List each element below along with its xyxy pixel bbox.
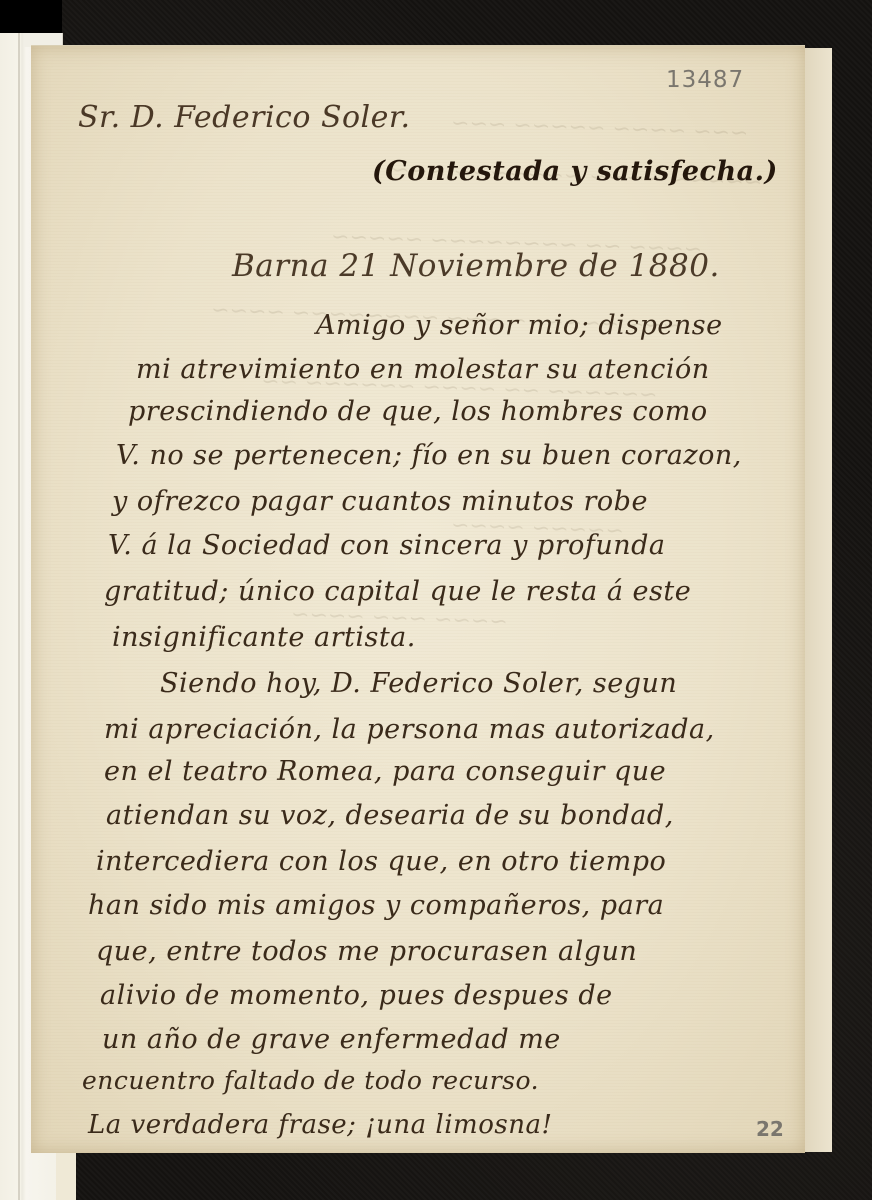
- letter-line: atiendan su voz, desearia de su bondad,: [106, 800, 674, 831]
- page-number: 22: [756, 1117, 784, 1141]
- letter-line: un año de grave enfermedad me: [102, 1024, 561, 1055]
- letter-line-last: La verdadera frase; ¡una limosna!: [88, 1110, 552, 1140]
- letter-line: V. no se pertenecen; fío en su buen cora…: [116, 440, 742, 471]
- binding-crease: [18, 33, 20, 1200]
- letter-line: que, entre todos me procurasen algun: [96, 936, 637, 967]
- reply-annotation: (Contestada y satisfecha.): [372, 156, 778, 187]
- letter-line: en el teatro Romea, para conseguir que: [104, 756, 666, 787]
- letter-line: alivio de momento, pues despues de: [100, 980, 613, 1011]
- letter-line: y ofrezco pagar cuantos minutos robe: [112, 486, 648, 517]
- binding-bottom-edge: [56, 1152, 76, 1200]
- letter-line: Siendo hoy, D. Federico Soler, segun: [160, 668, 677, 699]
- date-line: Barna 21 Noviembre de 1880.: [232, 248, 720, 284]
- letter-line: mi apreciación, la persona mas autorizad…: [104, 714, 715, 745]
- letter-line: han sido mis amigos y compañeros, para: [88, 890, 664, 921]
- addressee-line: Sr. D. Federico Soler.: [78, 100, 411, 135]
- archive-number: 13487: [666, 67, 744, 93]
- letter-line: V. á la Sociedad con sincera y profunda: [108, 530, 666, 561]
- bleed-through-text: ~~~ ~~~~ ~~~~~ ~~~: [451, 111, 749, 146]
- background-corner: [0, 0, 62, 34]
- letter-line: Amigo y señor mio; dispense: [316, 310, 723, 341]
- letter-line: mi atrevimiento en molestar su atención: [136, 354, 710, 385]
- paper-back-sheet: [803, 48, 832, 1152]
- letter-line: gratitud; único capital que le resta á e…: [104, 576, 691, 607]
- letter-line: prescindiendo de que, los hombres como: [128, 396, 708, 427]
- letter-line: insignificante artista.: [112, 622, 416, 653]
- letter-line: encuentro faltado de todo recurso.: [82, 1066, 539, 1095]
- letter-line: intercediera con los que, en otro tiempo: [96, 846, 666, 877]
